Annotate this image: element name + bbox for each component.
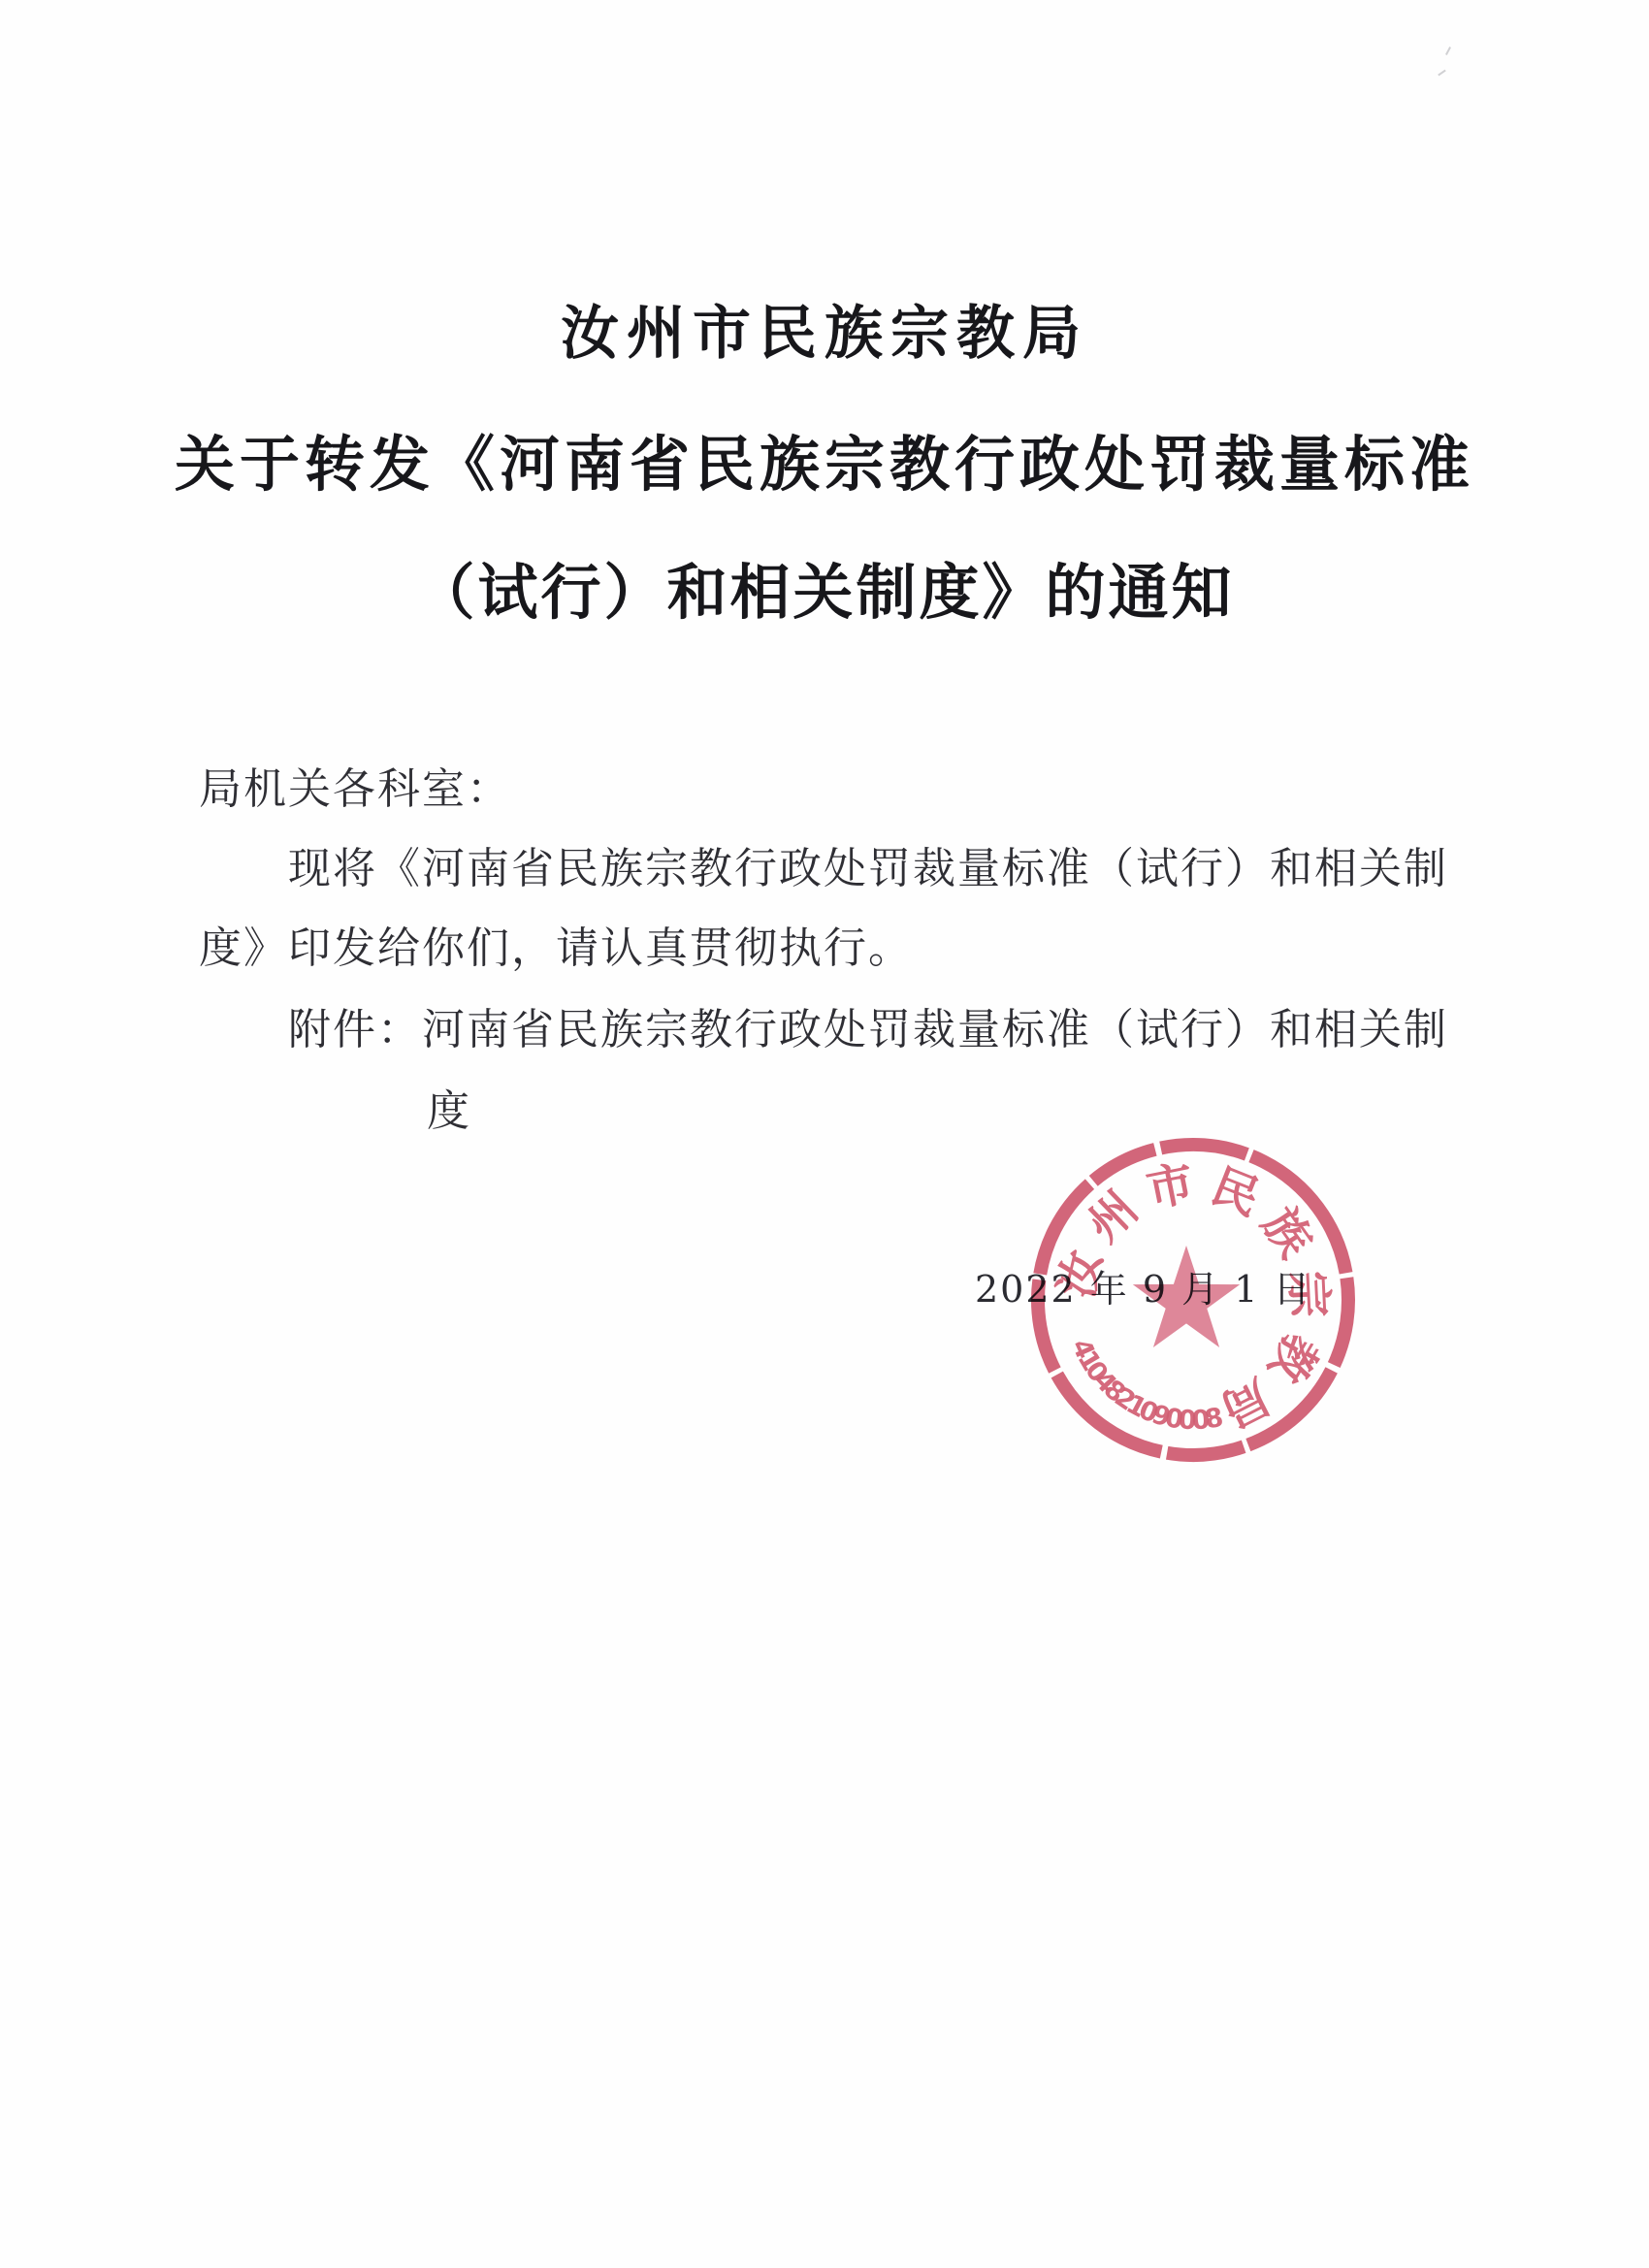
document-title-subject-line1: 关于转发《河南省民族宗教行政处罚裁量标准	[0, 435, 1649, 495]
salutation: 局机关各科室：	[199, 768, 511, 811]
document-title-org: 汝州市民族宗教局	[0, 305, 1649, 363]
scan-artifact	[1438, 47, 1455, 83]
svg-text:民: 民	[1204, 1158, 1267, 1226]
document-title-subject-line2: （试行）和相关制度》的通知	[0, 563, 1649, 623]
attachment-line2: 度	[427, 1090, 471, 1133]
body-paragraph-line2: 度》印发给你们，请认真贯彻执行。	[199, 927, 913, 970]
issue-date: 2022 年 9 月 1 日	[975, 1271, 1311, 1308]
body-paragraph-line1: 现将《河南省民族宗教行政处罚裁量标准（试行）和相关制	[288, 848, 1448, 891]
attachment-line1: 附件：河南省民族宗教行政处罚裁量标准（试行）和相关制	[288, 1009, 1448, 1052]
svg-text:市: 市	[1143, 1155, 1199, 1217]
scanned-document-page: 汝州市民族宗教局 关于转发《河南省民族宗教行政处罚裁量标准 （试行）和相关制度》…	[0, 0, 1649, 2268]
